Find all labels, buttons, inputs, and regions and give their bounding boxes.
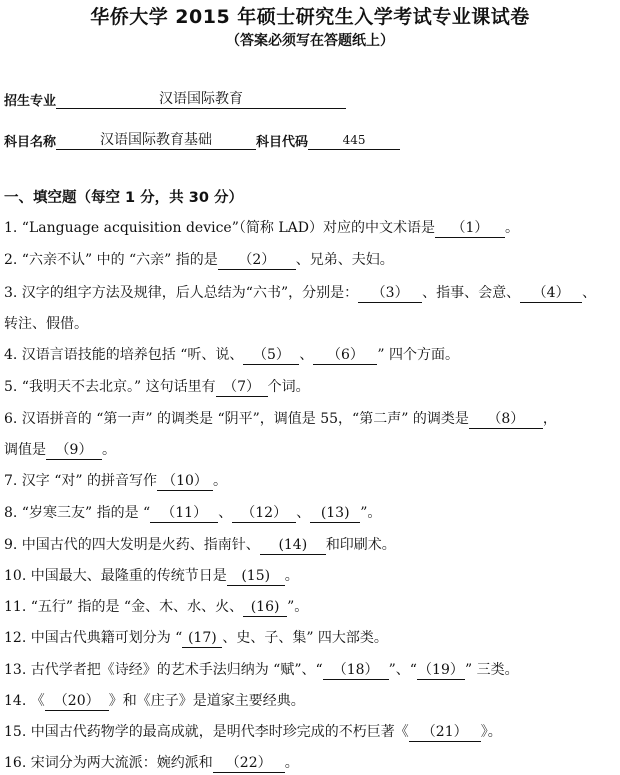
- question-text: 8. “岁寒三友” 指的是 “: [4, 505, 150, 521]
- question-text: 、指事、会意、: [422, 285, 520, 301]
- code-label: 科目代码: [256, 131, 308, 150]
- answer-blank-2: （2）: [218, 252, 296, 270]
- question-2: 2. “六亲不认” 中的 “六亲” 指的是（2）、兄弟、夫妇。: [4, 250, 394, 270]
- answer-blank-18: （18）: [323, 662, 389, 680]
- answer-blank-9: （9）: [46, 442, 102, 460]
- question-text: 、: [582, 285, 596, 301]
- question-3-continued: 转注、假借。: [4, 314, 88, 334]
- question-text: 》和《庄子》是道家主要经典。: [109, 693, 305, 709]
- question-text: ”、“: [389, 662, 417, 678]
- subject-field: 科目名称 汉语国际教育基础 科目代码 445: [4, 131, 400, 150]
- question-text: 、兄弟、夫妇。: [296, 252, 394, 268]
- answer-blank-5: （5）: [243, 347, 299, 365]
- question-text: 和印刷术。: [326, 537, 396, 553]
- question-1: 1. “Language acquisition device”（简称 LAD）…: [4, 218, 519, 238]
- question-text: ，: [543, 411, 557, 427]
- code-value: 445: [308, 131, 400, 150]
- question-text: 5. “我明天不去北京。” 这句话里有: [4, 379, 216, 395]
- answer-blank-6: （6）: [313, 347, 377, 365]
- question-text: 。: [102, 442, 116, 458]
- answer-blank-8: （8）: [469, 411, 543, 429]
- answer-blank-20: （20）: [45, 693, 109, 711]
- answer-blank-10: （10）: [157, 473, 213, 491]
- question-text: 15. 中国古代药物学的最高成就，是明代李时珍完成的不朽巨著《: [4, 724, 409, 740]
- answer-blank-4: （4）: [520, 285, 582, 303]
- exam-title: 华侨大学 2015 年硕士研究生入学考试专业课试卷: [0, 2, 620, 29]
- question-text: 。: [505, 220, 519, 236]
- question-7: 7. 汉字 “对” 的拼音写作（10）。: [4, 471, 227, 491]
- answer-blank-14: (14): [260, 537, 326, 555]
- question-4: 4. 汉语言语技能的培养包括 “听、说、（5）、（6）” 四个方面。: [4, 345, 459, 365]
- question-text: 调值是: [4, 442, 46, 458]
- question-text: 》。: [481, 724, 502, 740]
- question-text: 1. “Language acquisition device”（简称 LAD）…: [4, 220, 435, 236]
- question-13: 13. 古代学者把《诗经》的艺术手法归纳为 “赋”、“（18）”、“（19）” …: [4, 660, 519, 680]
- question-16: 16. 宋词分为两大流派：婉约派和（22）。: [4, 753, 299, 773]
- question-text: 9. 中国古代的四大发明是火药、指南针、: [4, 537, 260, 553]
- question-text: 、: [218, 505, 232, 521]
- major-field: 招生专业 汉语国际教育: [4, 90, 346, 109]
- question-text: 7. 汉字 “对” 的拼音写作: [4, 473, 157, 489]
- question-text: 。: [285, 755, 299, 771]
- answer-blank-15: (15): [227, 568, 285, 586]
- subject-value: 汉语国际教育基础: [56, 131, 256, 150]
- question-text: ” 四个方面。: [377, 347, 459, 363]
- section-title: 一、填空题（每空 1 分，共 30 分）: [4, 186, 243, 207]
- question-9: 9. 中国古代的四大发明是火药、指南针、(14)和印刷术。: [4, 535, 396, 555]
- answer-blank-19: （19）: [417, 662, 465, 680]
- question-text: 10. 中国最大、最隆重的传统节日是: [4, 568, 227, 584]
- question-text: ”。: [360, 505, 381, 521]
- answer-blank-7: （7）: [216, 379, 268, 397]
- answer-blank-16: (16): [243, 599, 287, 617]
- question-text: 个词。: [268, 379, 310, 395]
- question-15: 15. 中国古代药物学的最高成就，是明代李时珍完成的不朽巨著《（21）》。: [4, 722, 502, 742]
- question-text: 3. 汉字的组字方法及规律，后人总结为“六书”，分别是：: [4, 285, 358, 301]
- question-text: 16. 宋词分为两大流派：婉约派和: [4, 755, 213, 771]
- question-text: 13. 古代学者把《诗经》的艺术手法归纳为 “赋”、“: [4, 662, 323, 678]
- question-text: 、史、子、集” 四大部类。: [222, 630, 388, 646]
- question-text: 转注、假借。: [4, 316, 88, 332]
- question-text: 。: [213, 473, 227, 489]
- question-12: 12. 中国古代典籍可划分为 “(17)、史、子、集” 四大部类。: [4, 628, 388, 648]
- question-text: 14. 《: [4, 693, 45, 709]
- exam-subtitle: （答案必须写在答题纸上）: [0, 30, 620, 50]
- subject-label: 科目名称: [4, 131, 56, 150]
- question-text: 12. 中国古代典籍可划分为 “: [4, 630, 182, 646]
- question-10: 10. 中国最大、最隆重的传统节日是(15)。: [4, 566, 299, 586]
- question-text: 、: [299, 347, 313, 363]
- answer-blank-11: （11）: [150, 505, 218, 523]
- major-label: 招生专业: [4, 90, 56, 109]
- question-6-continued: 调值是（9）。: [4, 440, 116, 460]
- answer-blank-13: (13): [310, 505, 360, 523]
- question-text: 6. 汉语拼音的 “第一声” 的调类是 “阴平”，调值是 55，“第二声” 的调…: [4, 411, 469, 427]
- question-8: 8. “岁寒三友” 指的是 “（11）、（12）、(13)”。: [4, 503, 381, 523]
- question-text: 4. 汉语言语技能的培养包括 “听、说、: [4, 347, 243, 363]
- question-11: 11. “五行” 指的是 “金、木、水、火、(16)”。: [4, 597, 308, 617]
- major-value: 汉语国际教育: [56, 90, 346, 109]
- answer-blank-17: (17): [182, 630, 222, 648]
- question-text: 2. “六亲不认” 中的 “六亲” 指的是: [4, 252, 218, 268]
- answer-blank-21: （21）: [409, 724, 481, 742]
- question-5: 5. “我明天不去北京。” 这句话里有（7）个词。: [4, 377, 310, 397]
- question-text: ” 三类。: [465, 662, 519, 678]
- answer-blank-1: （1）: [435, 220, 505, 238]
- question-text: 。: [285, 568, 299, 584]
- question-14: 14. 《（20）》和《庄子》是道家主要经典。: [4, 691, 305, 711]
- answer-blank-3: （3）: [358, 285, 422, 303]
- answer-blank-22: （22）: [213, 755, 285, 773]
- question-3: 3. 汉字的组字方法及规律，后人总结为“六书”，分别是：（3）、指事、会意、（4…: [4, 283, 596, 303]
- question-6: 6. 汉语拼音的 “第一声” 的调类是 “阴平”，调值是 55，“第二声” 的调…: [4, 409, 557, 429]
- question-text: ”。: [287, 599, 308, 615]
- question-text: 11. “五行” 指的是 “金、木、水、火、: [4, 599, 243, 615]
- question-text: 、: [296, 505, 310, 521]
- answer-blank-12: （12）: [232, 505, 296, 523]
